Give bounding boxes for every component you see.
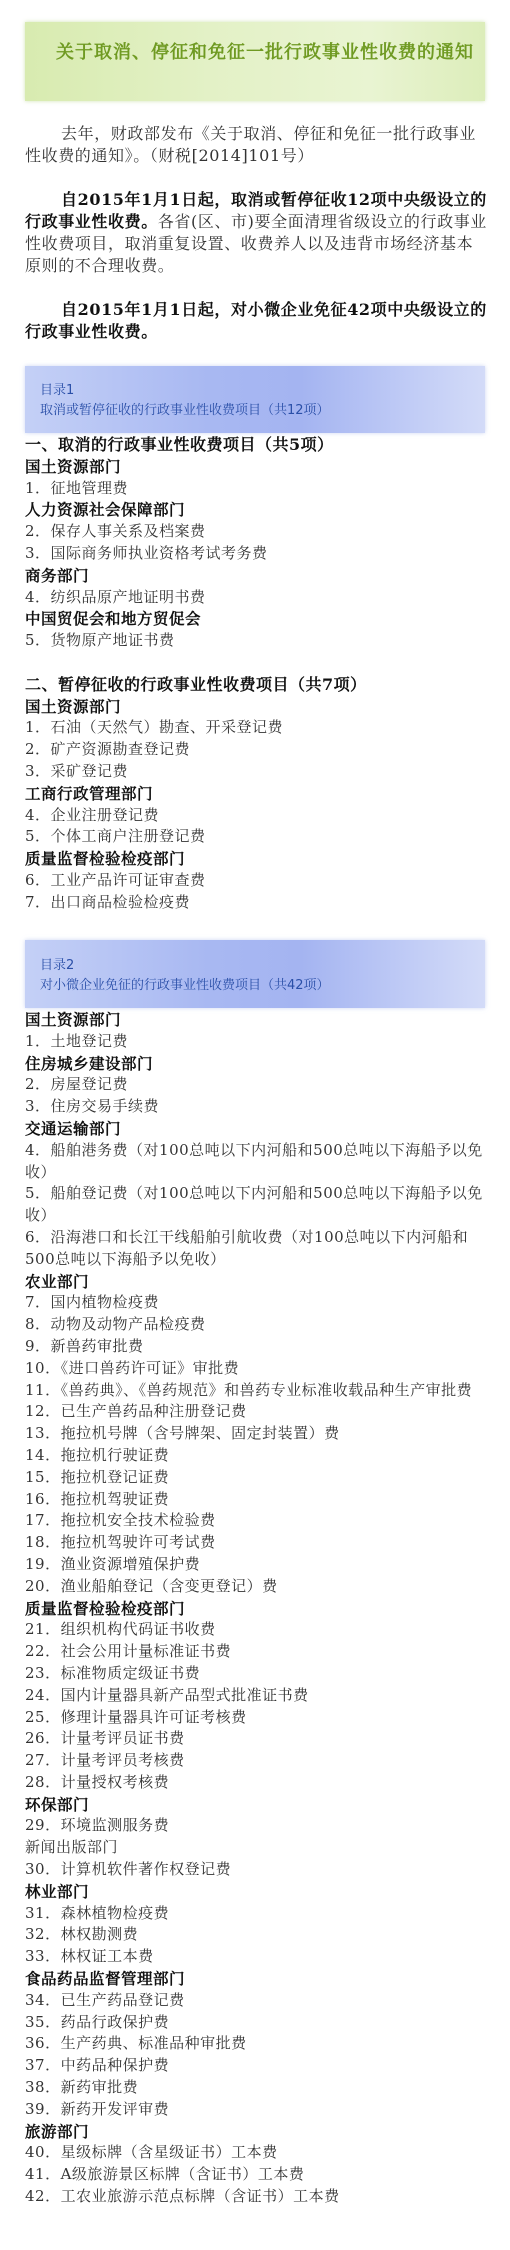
dept-heading: 国土资源部门: [25, 1009, 487, 1031]
list-item: 27．计量考评员考核费: [25, 1750, 487, 1772]
spacer: [25, 652, 487, 674]
dept-heading: 旅游部门: [25, 2121, 487, 2143]
list-item: 35．药品行政保护费: [25, 2012, 487, 2034]
dept-heading-plain: 新闻出版部门: [25, 1837, 487, 1859]
list-item: 29．环境监测服务费: [25, 1815, 487, 1837]
list-item: 5．个体工商户注册登记费: [25, 826, 487, 848]
list-item: 17．拖拉机安全技术检验费: [25, 1510, 487, 1532]
list-item: 32．林权勘测费: [25, 1924, 487, 1946]
list-item: 9．新兽药审批费: [25, 1336, 487, 1358]
list-item: 38．新药审批费: [25, 2077, 487, 2099]
dept-heading: 国土资源部门: [25, 696, 487, 718]
list-item: 26．计量考评员证书费: [25, 1728, 487, 1750]
list-item: 4．船舶港务费（对100总吨以下内河船和500总吨以下海船予以免收）: [25, 1140, 487, 1184]
list-item: 2．矿产资源勘查登记费: [25, 739, 487, 761]
toc1-list: 一、取消的行政事业性收费项目（共5项） 国土资源部门 1．征地管理费 人力资源社…: [25, 434, 487, 914]
list-item: 42．工农业旅游示范点标牌（含证书）工本费: [25, 2186, 487, 2208]
intro-paragraph: 去年，财政部发布《关于取消、停征和免征一批行政事业性收费的通知》。（财税[201…: [25, 123, 487, 167]
list-item: 4．纺织品原产地证明书费: [25, 587, 487, 609]
list-item: 24．国内计量器具新产品型式批准证书费: [25, 1685, 487, 1707]
list-item: 4．企业注册登记费: [25, 805, 487, 827]
title-banner: 关于取消、停征和免征一批行政事业性收费的通知: [25, 22, 485, 101]
toc1-subtitle: 取消或暂停征收的行政事业性收费项目（共12项）: [40, 401, 330, 421]
dept-heading: 国土资源部门: [25, 456, 487, 478]
dept-heading: 质量监督检验检疫部门: [25, 848, 487, 870]
list-item: 18．拖拉机驾驶许可考试费: [25, 1532, 487, 1554]
list-item: 2．保存人事关系及档案费: [25, 521, 487, 543]
dept-heading: 食品药品监督管理部门: [25, 1968, 487, 1990]
list-item: 3．采矿登记费: [25, 761, 487, 783]
list-item: 25．修理计量器具许可证考核费: [25, 1707, 487, 1729]
list-item: 11．《兽药典》、《兽药规范》和兽药专业标准收载品种生产审批费: [25, 1380, 487, 1402]
list-item: 16．拖拉机驾驶证费: [25, 1489, 487, 1511]
toc2-list: 国土资源部门 1．土地登记费 住房城乡建设部门 2．房屋登记费 3．住房交易手续…: [25, 1009, 487, 2208]
list-item: 31．森林植物检疫费: [25, 1903, 487, 1925]
list-item: 30．计算机软件著作权登记费: [25, 1859, 487, 1881]
list-item: 20．渔业船舶登记（含变更登记）费: [25, 1576, 487, 1598]
list-item: 10．《进口兽药许可证》审批费: [25, 1358, 487, 1380]
dept-heading: 交通运输部门: [25, 1118, 487, 1140]
list-item: 28．计量授权考核费: [25, 1772, 487, 1794]
dept-heading: 林业部门: [25, 1881, 487, 1903]
list-item: 40．星级标牌（含星级证书）工本费: [25, 2142, 487, 2164]
list-item: 21．组织机构代码证书收费: [25, 1619, 487, 1641]
list-item: 8．动物及动物产品检疫费: [25, 1314, 487, 1336]
dept-heading: 农业部门: [25, 1271, 487, 1293]
list-item: 22．社会公用计量标准证书费: [25, 1641, 487, 1663]
list-item: 41．A级旅游景区标牌（含证书）工本费: [25, 2164, 487, 2186]
list-item: 7．国内植物检疫费: [25, 1292, 487, 1314]
list-item: 2．房屋登记费: [25, 1074, 487, 1096]
list-item: 7．出口商品检验检疫费: [25, 892, 487, 914]
intro-text: 去年，财政部发布《关于取消、停征和免征一批行政事业性收费的通知》。（财税[201…: [25, 124, 476, 165]
list-item: 3．国际商务师执业资格考试考务费: [25, 543, 487, 565]
list-item: 37．中药品种保护费: [25, 2055, 487, 2077]
dept-heading: 人力资源社会保障部门: [25, 499, 487, 521]
list-item: 23．标准物质定级证书费: [25, 1663, 487, 1685]
list-item: 14．拖拉机行驶证费: [25, 1445, 487, 1467]
list-item: 5．货物原产地证书费: [25, 630, 487, 652]
dept-heading: 中国贸促会和地方贸促会: [25, 608, 487, 630]
toc1-banner: 目录1 取消或暂停征收的行政事业性收费项目（共12项）: [25, 366, 485, 433]
list-item: 12．已生产兽药品种注册登记费: [25, 1401, 487, 1423]
document-title: 关于取消、停征和免征一批行政事业性收费的通知: [56, 35, 476, 71]
list-item: 13．拖拉机号牌（含号牌架、固定封装置）费: [25, 1423, 487, 1445]
dept-heading: 质量监督检验检疫部门: [25, 1598, 487, 1620]
list-item: 33．林权证工本费: [25, 1946, 487, 1968]
list-item: 3．住房交易手续费: [25, 1096, 487, 1118]
toc1-label: 目录1: [40, 381, 74, 401]
dept-heading: 商务部门: [25, 565, 487, 587]
section-heading: 二、暂停征收的行政事业性收费项目（共7项）: [25, 674, 487, 696]
list-item: 6．沿海港口和长江干线船舶引航收费（对100总吨以下内河船和500总吨以下海船予…: [25, 1227, 487, 1271]
toc2-subtitle: 对小微企业免征的行政事业性收费项目（共42项）: [40, 976, 330, 996]
list-item: 1．石油（天然气）勘查、开采登记费: [25, 717, 487, 739]
list-item: 36．生产药典、标准品种审批费: [25, 2033, 487, 2055]
list-item: 1．土地登记费: [25, 1031, 487, 1053]
paragraph-cancel: 自2015年1月1日起，取消或暂停征收12项中央级设立的行政事业性收费。各省(区…: [25, 189, 487, 277]
list-item: 34．已生产药品登记费: [25, 1990, 487, 2012]
dept-heading: 环保部门: [25, 1794, 487, 1816]
toc2-label: 目录2: [40, 956, 74, 976]
list-item: 39．新药开发评审费: [25, 2099, 487, 2121]
section-heading: 一、取消的行政事业性收费项目（共5项）: [25, 434, 487, 456]
list-item: 1．征地管理费: [25, 478, 487, 500]
toc2-banner: 目录2 对小微企业免征的行政事业性收费项目（共42项）: [25, 940, 485, 1008]
list-item: 19．渔业资源增殖保护费: [25, 1554, 487, 1576]
list-item: 5．船舶登记费（对100总吨以下内河船和500总吨以下海船予以免收）: [25, 1183, 487, 1227]
dept-heading: 住房城乡建设部门: [25, 1053, 487, 1075]
list-item: 15．拖拉机登记证费: [25, 1467, 487, 1489]
paragraph-exempt: 自2015年1月1日起，对小微企业免征42项中央级设立的行政事业性收费。: [25, 299, 487, 343]
dept-heading: 工商行政管理部门: [25, 783, 487, 805]
paragraph-exempt-text: 自2015年1月1日起，对小微企业免征42项中央级设立的行政事业性收费。: [25, 300, 487, 341]
list-item: 6．工业产品许可证审查费: [25, 870, 487, 892]
